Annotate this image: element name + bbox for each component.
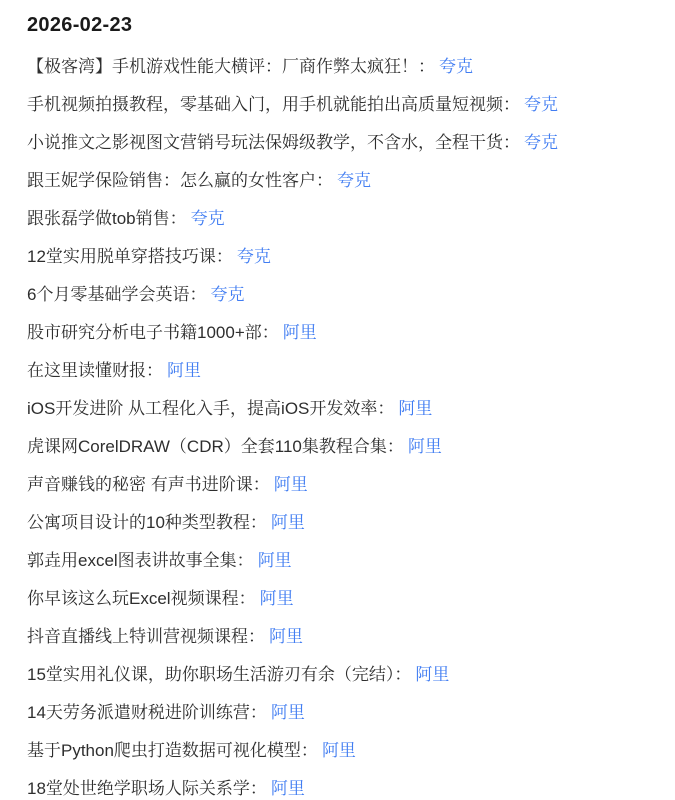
item-link[interactable]: 夸克 bbox=[524, 95, 558, 114]
item-title: 12堂实用脱单穿搭技巧课： bbox=[27, 247, 233, 266]
date-heading: 2026-02-23 bbox=[27, 14, 655, 37]
item-link[interactable]: 阿里 bbox=[322, 741, 356, 760]
item-title: 【极客湾】手机游戏性能大横评：厂商作弊太疯狂！： bbox=[27, 57, 435, 76]
item-link[interactable]: 阿里 bbox=[415, 665, 449, 684]
share-link-list: 【极客湾】手机游戏性能大横评：厂商作弊太疯狂！：夸克 手机视频拍摄教程，零基础入… bbox=[27, 57, 655, 799]
list-item: 15堂实用礼仪课，助你职场生活游刃有余（完结）：阿里 bbox=[27, 665, 655, 685]
item-title: 郭垚用excel图表讲故事全集： bbox=[27, 551, 254, 570]
item-title: 小说推文之影视图文营销号玩法保姆级教学，不含水，全程干货： bbox=[27, 133, 520, 152]
list-item: 跟王妮学保险销售：怎么赢的女性客户：夸克 bbox=[27, 171, 655, 191]
list-item: 抖音直播线上特训营视频课程：阿里 bbox=[27, 627, 655, 647]
list-item: 基于Python爬虫打造数据可视化模型：阿里 bbox=[27, 741, 655, 761]
list-item: 你早该这么玩Excel视频课程：阿里 bbox=[27, 589, 655, 609]
item-link[interactable]: 阿里 bbox=[271, 703, 305, 722]
item-title: 14天劳务派遣财税进阶训练营： bbox=[27, 703, 267, 722]
item-link[interactable]: 夸克 bbox=[191, 209, 225, 228]
list-item: 声音赚钱的秘密 有声书进阶课：阿里 bbox=[27, 475, 655, 495]
item-link[interactable]: 夸克 bbox=[210, 285, 244, 304]
daily-share-page: 2026-02-23 【极客湾】手机游戏性能大横评：厂商作弊太疯狂！：夸克 手机… bbox=[0, 0, 675, 800]
list-item: 跟张磊学做tob销售：夸克 bbox=[27, 209, 655, 229]
list-item: 18堂处世绝学职场人际关系学：阿里 bbox=[27, 779, 655, 799]
item-title: iOS开发进阶 从工程化入手，提高iOS开发效率： bbox=[27, 399, 394, 418]
item-title: 基于Python爬虫打造数据可视化模型： bbox=[27, 741, 318, 760]
item-link[interactable]: 阿里 bbox=[283, 323, 317, 342]
item-title: 15堂实用礼仪课，助你职场生活游刃有余（完结）： bbox=[27, 665, 411, 684]
item-link[interactable]: 阿里 bbox=[398, 399, 432, 418]
item-link[interactable]: 阿里 bbox=[167, 361, 201, 380]
list-item: iOS开发进阶 从工程化入手，提高iOS开发效率：阿里 bbox=[27, 399, 655, 419]
item-title: 18堂处世绝学职场人际关系学： bbox=[27, 779, 267, 798]
item-link[interactable]: 夸克 bbox=[237, 247, 271, 266]
item-link[interactable]: 阿里 bbox=[260, 589, 294, 608]
item-link[interactable]: 阿里 bbox=[274, 475, 308, 494]
item-title: 在这里读懂财报： bbox=[27, 361, 163, 380]
item-link[interactable]: 夸克 bbox=[337, 171, 371, 190]
item-title: 手机视频拍摄教程，零基础入门，用手机就能拍出高质量短视频： bbox=[27, 95, 520, 114]
list-item: 郭垚用excel图表讲故事全集：阿里 bbox=[27, 551, 655, 571]
item-link[interactable]: 阿里 bbox=[271, 779, 305, 798]
list-item: 14天劳务派遣财税进阶训练营：阿里 bbox=[27, 703, 655, 723]
item-title: 公寓项目设计的10种类型教程： bbox=[27, 513, 267, 532]
item-title: 抖音直播线上特训营视频课程： bbox=[27, 627, 265, 646]
list-item: 12堂实用脱单穿搭技巧课：夸克 bbox=[27, 247, 655, 267]
list-item: 【极客湾】手机游戏性能大横评：厂商作弊太疯狂！：夸克 bbox=[27, 57, 655, 77]
item-link[interactable]: 阿里 bbox=[269, 627, 303, 646]
item-link[interactable]: 阿里 bbox=[258, 551, 292, 570]
item-link[interactable]: 阿里 bbox=[408, 437, 442, 456]
item-title: 跟王妮学保险销售：怎么赢的女性客户： bbox=[27, 171, 333, 190]
item-title: 6个月零基础学会英语： bbox=[27, 285, 206, 304]
list-item: 在这里读懂财报：阿里 bbox=[27, 361, 655, 381]
list-item: 手机视频拍摄教程，零基础入门，用手机就能拍出高质量短视频：夸克 bbox=[27, 95, 655, 115]
item-title: 虎课网CorelDRAW（CDR）全套110集教程合集： bbox=[27, 437, 404, 456]
list-item: 虎课网CorelDRAW（CDR）全套110集教程合集：阿里 bbox=[27, 437, 655, 457]
item-link[interactable]: 夸克 bbox=[439, 57, 473, 76]
item-title: 股市研究分析电子书籍1000+部： bbox=[27, 323, 279, 342]
list-item: 小说推文之影视图文营销号玩法保姆级教学，不含水，全程干货：夸克 bbox=[27, 133, 655, 153]
list-item: 股市研究分析电子书籍1000+部：阿里 bbox=[27, 323, 655, 343]
item-title: 你早该这么玩Excel视频课程： bbox=[27, 589, 256, 608]
item-title: 跟张磊学做tob销售： bbox=[27, 209, 187, 228]
item-link[interactable]: 阿里 bbox=[271, 513, 305, 532]
list-item: 公寓项目设计的10种类型教程：阿里 bbox=[27, 513, 655, 533]
item-title: 声音赚钱的秘密 有声书进阶课： bbox=[27, 475, 270, 494]
list-item: 6个月零基础学会英语：夸克 bbox=[27, 285, 655, 305]
item-link[interactable]: 夸克 bbox=[524, 133, 558, 152]
